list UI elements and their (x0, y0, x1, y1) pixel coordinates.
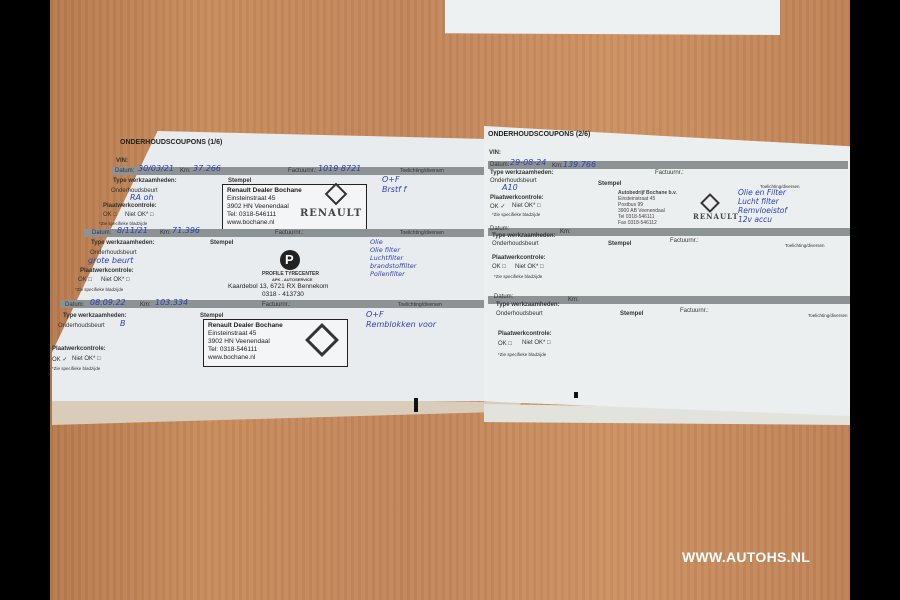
type-label: Type werkzaamheden: (490, 170, 554, 176)
niet-ok-checkbox: Niet OK* □ (125, 212, 154, 218)
renault-wordmark: RENAULT (300, 208, 362, 219)
plaatwerk-label: Plaatwerkcontrole: (490, 195, 544, 201)
ok-checkbox: OK ✓ (52, 356, 67, 363)
plaatwerk-label: Plaatwerkcontrole: (103, 203, 157, 209)
note-line: Olie en Filter (738, 188, 787, 197)
ok-checkbox: OK □ (78, 277, 92, 283)
stempel-label: Stempel (598, 181, 621, 187)
datum-value: 08.09.22 (90, 298, 126, 307)
datum-label: Datum: (92, 230, 111, 236)
toelichting-notes: O+F Brstf f (382, 175, 406, 195)
vin-label: VIN: (116, 158, 128, 164)
toelichting-label: Toelichting/diversen (785, 243, 825, 248)
footnote: *Zie specifieke bladzijde (75, 287, 123, 292)
note-line: Remvloeistof (738, 206, 787, 215)
datum-label: Datum: (115, 168, 134, 174)
factuurnr-label: Factuurnr.: (288, 168, 317, 174)
footnote: *Zie specifieke bladzijde (52, 366, 100, 371)
toelichting-label: Toelichting/diversen (398, 302, 442, 308)
datum-value: 30/03/21 (138, 164, 174, 173)
datum-value: 8/11/21 (117, 226, 148, 235)
datum-label: Datum: (490, 226, 509, 232)
toelichting-label: Toelichting/diversen (808, 313, 848, 318)
footnote: *Zie specifieke bladzijde (492, 212, 540, 217)
stamp-line: www.bochane.nl (227, 219, 362, 227)
note-line: Brstf f (382, 185, 406, 195)
onderhoud-value: B (120, 319, 126, 328)
km-label: Km: (568, 297, 579, 303)
factuurnr-label: Factuurnr.: (655, 170, 684, 176)
note-line: Olie filter (370, 246, 416, 254)
note-line: O+F (366, 310, 436, 320)
km-label: Km: (560, 229, 571, 235)
dealer-stamp: Autobedrijf Bochane b.v. Einsteinstraat … (618, 190, 677, 226)
toelichting-label: Toelichting/diversen (400, 168, 444, 174)
type-label: Type werkzaamheden: (63, 313, 127, 319)
plaatwerk-label: Plaatwerkcontrole: (52, 346, 106, 352)
plaatwerk-label: Plaatwerkcontrole: (498, 331, 552, 337)
onderhoud-label: Onderhoudsbeurt (58, 323, 105, 329)
toelichting-notes: Olie en Filter Lucht filter Remvloeistof… (738, 188, 787, 224)
footnote: *Zie specifieke bladzijde (498, 352, 546, 357)
km-label: Km: (180, 168, 191, 174)
factuurnr-label: Factuurnr.: (680, 308, 709, 314)
onderhoud-label: Onderhoudsbeurt (492, 241, 539, 247)
stempel-label: Stempel (620, 311, 643, 317)
niet-ok-checkbox: Niet OK* □ (522, 340, 551, 346)
type-label: Type werkzaamheden: (492, 233, 556, 239)
km-value: 71.396 (172, 226, 200, 235)
km-label: Km: (552, 163, 563, 169)
ok-checkbox: OK □ (492, 264, 506, 270)
page-title-right: ONDERHOUDSCOUPONS (2/6) (488, 131, 590, 138)
niet-ok-checkbox: Niet OK* □ (512, 203, 541, 209)
profile-tyrecenter-logo-icon (280, 250, 300, 270)
onderhoud-label: Onderhoudsbeurt (496, 311, 543, 317)
onderhoud-value: RA oh (130, 193, 154, 202)
toelichting-notes: Olie Olie filter Luchtfilter brandstoffi… (370, 238, 416, 278)
stempel-label: Stempel (608, 241, 631, 247)
type-label: Type werkzaamheden: (113, 178, 177, 184)
datum-label: Datum: (494, 294, 513, 300)
type-label: Type werkzaamheden: (91, 240, 155, 246)
type-label: Type werkzaamheden: (496, 302, 560, 308)
km-value: 139.766 (563, 160, 596, 169)
factuurnr-label: Factuurnr.: (275, 230, 304, 236)
factuurnr-value: 1019 8721 (318, 164, 361, 173)
km-label: Km: (160, 230, 171, 236)
note-line: 12v accu (738, 215, 787, 224)
onderhoud-value: A10 (502, 183, 518, 192)
page-title-left: ONDERHOUDSCOUPONS (1/6) (120, 139, 222, 146)
note-line: O+F (382, 175, 406, 185)
toelichting-notes: O+F Remblokken voor (366, 310, 436, 330)
stamp-line: Fax 0318-546112 (618, 220, 677, 226)
note-line: Remblokken voor (366, 320, 436, 330)
datum-label: Datum: (490, 162, 509, 168)
renault-wordmark: RENAULT (693, 212, 739, 221)
stempel-label: Stempel (210, 240, 233, 246)
factuurnr-label: Factuurnr.: (670, 238, 699, 244)
watermark: WWW.AUTOHS.NL (682, 549, 810, 565)
bookmark-ribbon (574, 392, 578, 398)
stamp-line: Kaardebol 13, 6721 RX Bennekom (228, 283, 328, 290)
toelichting-label: Toelichting/diversen (400, 230, 444, 236)
km-value: 103.334 (155, 298, 188, 307)
bookmark-ribbon (414, 398, 418, 412)
note-line: Luchtfilter (370, 254, 416, 262)
km-label: Km: (140, 302, 151, 308)
vin-label: VIN: (489, 150, 501, 156)
note-line: Pollenfilter (370, 270, 416, 278)
stamp-subtitle: APK - AUTOSERVICE (272, 277, 313, 282)
factuurnr-label: Factuurnr.: (262, 302, 291, 308)
niet-ok-checkbox: Niet OK* □ (72, 356, 101, 362)
note-line: Lucht filter (738, 197, 787, 206)
datum-value: 29-08-24 (510, 158, 546, 167)
plaatwerk-label: Plaatwerkcontrole: (80, 268, 134, 274)
background-paper (445, 0, 780, 35)
niet-ok-checkbox: Niet OK* □ (101, 277, 130, 283)
datum-label: Datum: (65, 302, 84, 308)
stamp-line: 0318 - 413730 (262, 291, 304, 298)
onderhoud-value: grote beurt (88, 256, 133, 265)
note-line: brandstoffilter (370, 262, 416, 270)
niet-ok-checkbox: Niet OK* □ (515, 264, 544, 270)
footnote: *Zie specifieke bladzijde (494, 274, 542, 279)
plaatwerk-label: Plaatwerkcontrole: (492, 255, 546, 261)
km-value: 37.266 (193, 164, 221, 173)
ok-checkbox: OK ✓ (490, 203, 505, 210)
ok-checkbox: OK □ (498, 341, 512, 347)
ok-checkbox: OK □ (103, 212, 117, 218)
note-line: Olie (370, 238, 416, 246)
